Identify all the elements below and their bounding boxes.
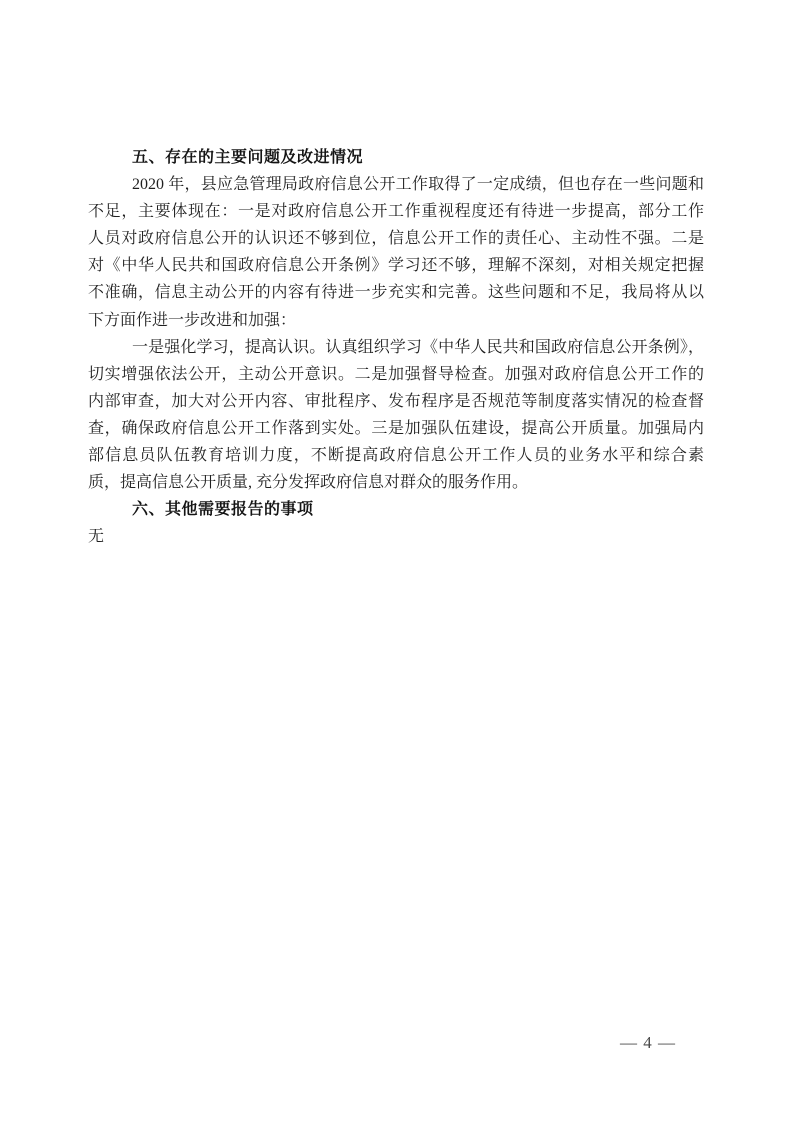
report-body: 五、存在的主要问题及改进情况 2020 年，县应急管理局政府信息公开工作取得了一… [88,144,704,550]
text-line: 2020 年，县应急管理局政府信息公开工作取得了一定成绩，但也存在一些问题和 [88,171,704,198]
text-line: 不足，主要体现在：一是对政府信息公开工作重视程度还有待进一步提高，部分工作 [88,198,704,225]
text-line: 查，确保政府信息公开工作落到实处。三是加强队伍建设，提高公开质量。加强局内 [88,415,704,442]
text-line: 人员对政府信息公开的认识还不够到位，信息公开工作的责任心、主动性不强。二是 [88,225,704,252]
section-heading: 六、其他需要报告的事项 [88,496,704,523]
text-line: 部信息员队伍教育培训力度，不断提高政府信息公开工作人员的业务水平和综合素 [88,442,704,469]
text-line: 一是强化学习，提高认识。认真组织学习《中华人民共和国政府信息公开条例》， [88,334,704,361]
text-line: 切实增强依法公开，主动公开意识。二是加强督导检查。加强对政府信息公开工作的 [88,361,704,388]
document-page: 五、存在的主要问题及改进情况 2020 年，县应急管理局政府信息公开工作取得了一… [0,0,793,1122]
section-content-none: 无 [88,523,704,550]
text-line: 下方面作进一步改进和加强： [88,307,704,334]
page-number-label: — 4 — [620,1033,676,1052]
text-line: 对《中华人民共和国政府信息公开条例》学习还不够，理解不深刻，对相关规定把握 [88,252,704,279]
page-number: — 4 — [0,1031,676,1055]
text-line: 内部审查，加大对公开内容、审批程序、发布程序是否规范等制度落实情况的检查督 [88,388,704,415]
text-line: 不准确，信息主动公开的内容有待进一步充实和完善。这些问题和不足，我局将从以 [88,279,704,306]
section-heading: 五、存在的主要问题及改进情况 [88,144,704,171]
text-line: 质，提高信息公开质量, 充分发挥政府信息对群众的服务作用。 [88,469,704,496]
